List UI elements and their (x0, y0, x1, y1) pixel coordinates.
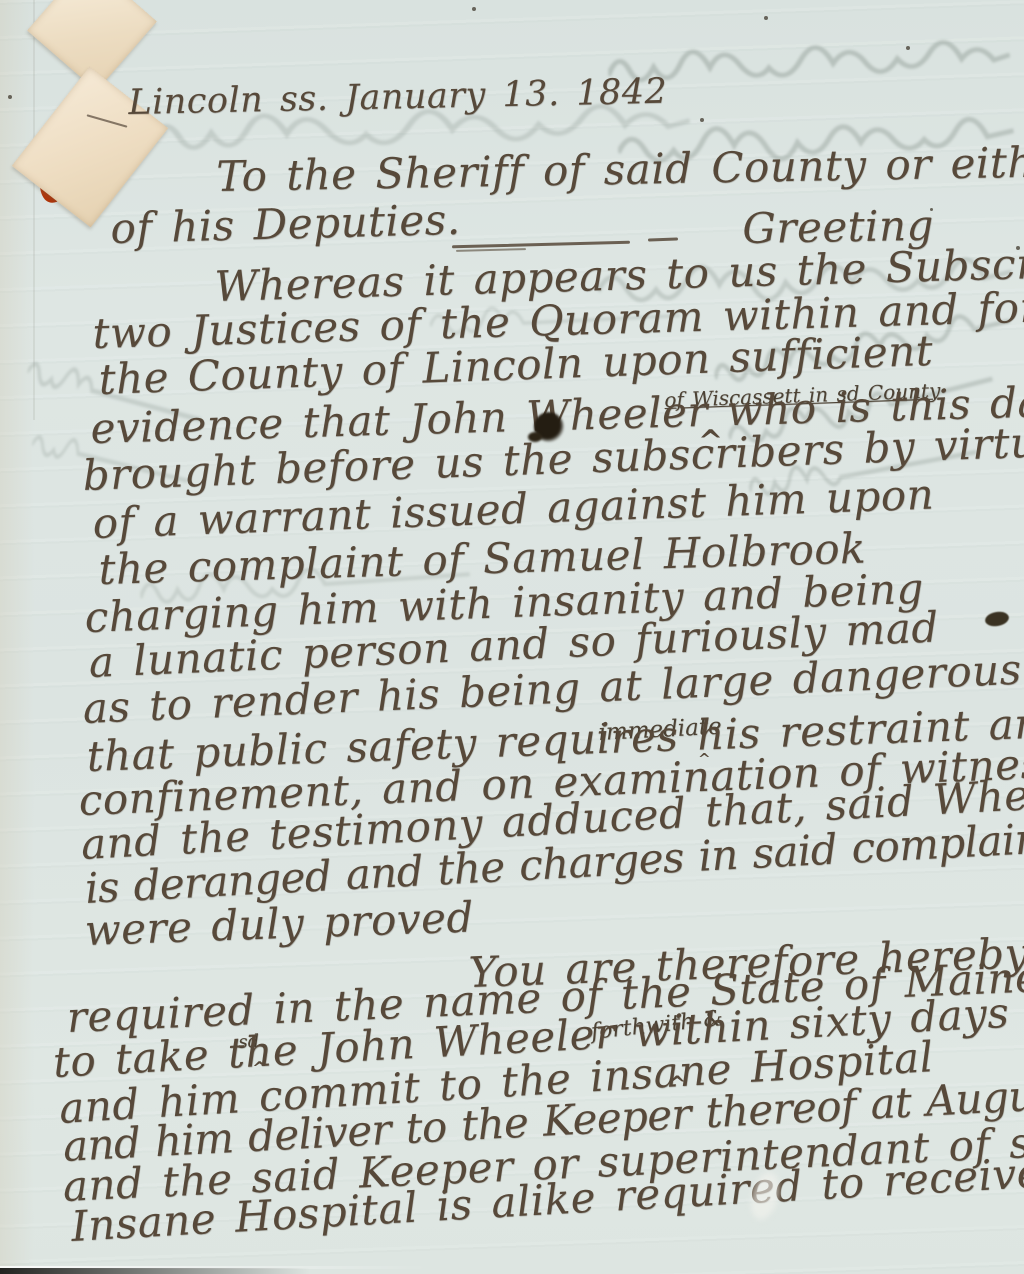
ink-blot (528, 432, 542, 442)
manuscript-page: Lincoln ss. January 13. 1842 To the Sher… (0, 0, 1024, 1274)
salutation-line: To the Sheriff of said County or either (216, 141, 1024, 198)
salutation-line: of his Deputies. (110, 199, 461, 250)
manuscript-line: were duly proved (84, 896, 474, 952)
ink-speck (1016, 246, 1020, 250)
flourish-dash (648, 237, 678, 241)
ink-speck (906, 46, 910, 50)
flourish-dash (452, 241, 630, 249)
ink-speck (764, 16, 768, 20)
bleed-through-mark (607, 27, 1011, 99)
flourish-dash (456, 248, 526, 252)
ink-speck (472, 7, 476, 11)
scan-background-edge (0, 1268, 310, 1274)
paper-left-edge (0, 0, 34, 1274)
ink-speck (8, 95, 12, 99)
ink-speck (930, 208, 933, 211)
ink-speck (700, 118, 704, 122)
ink-blot (984, 610, 1010, 628)
